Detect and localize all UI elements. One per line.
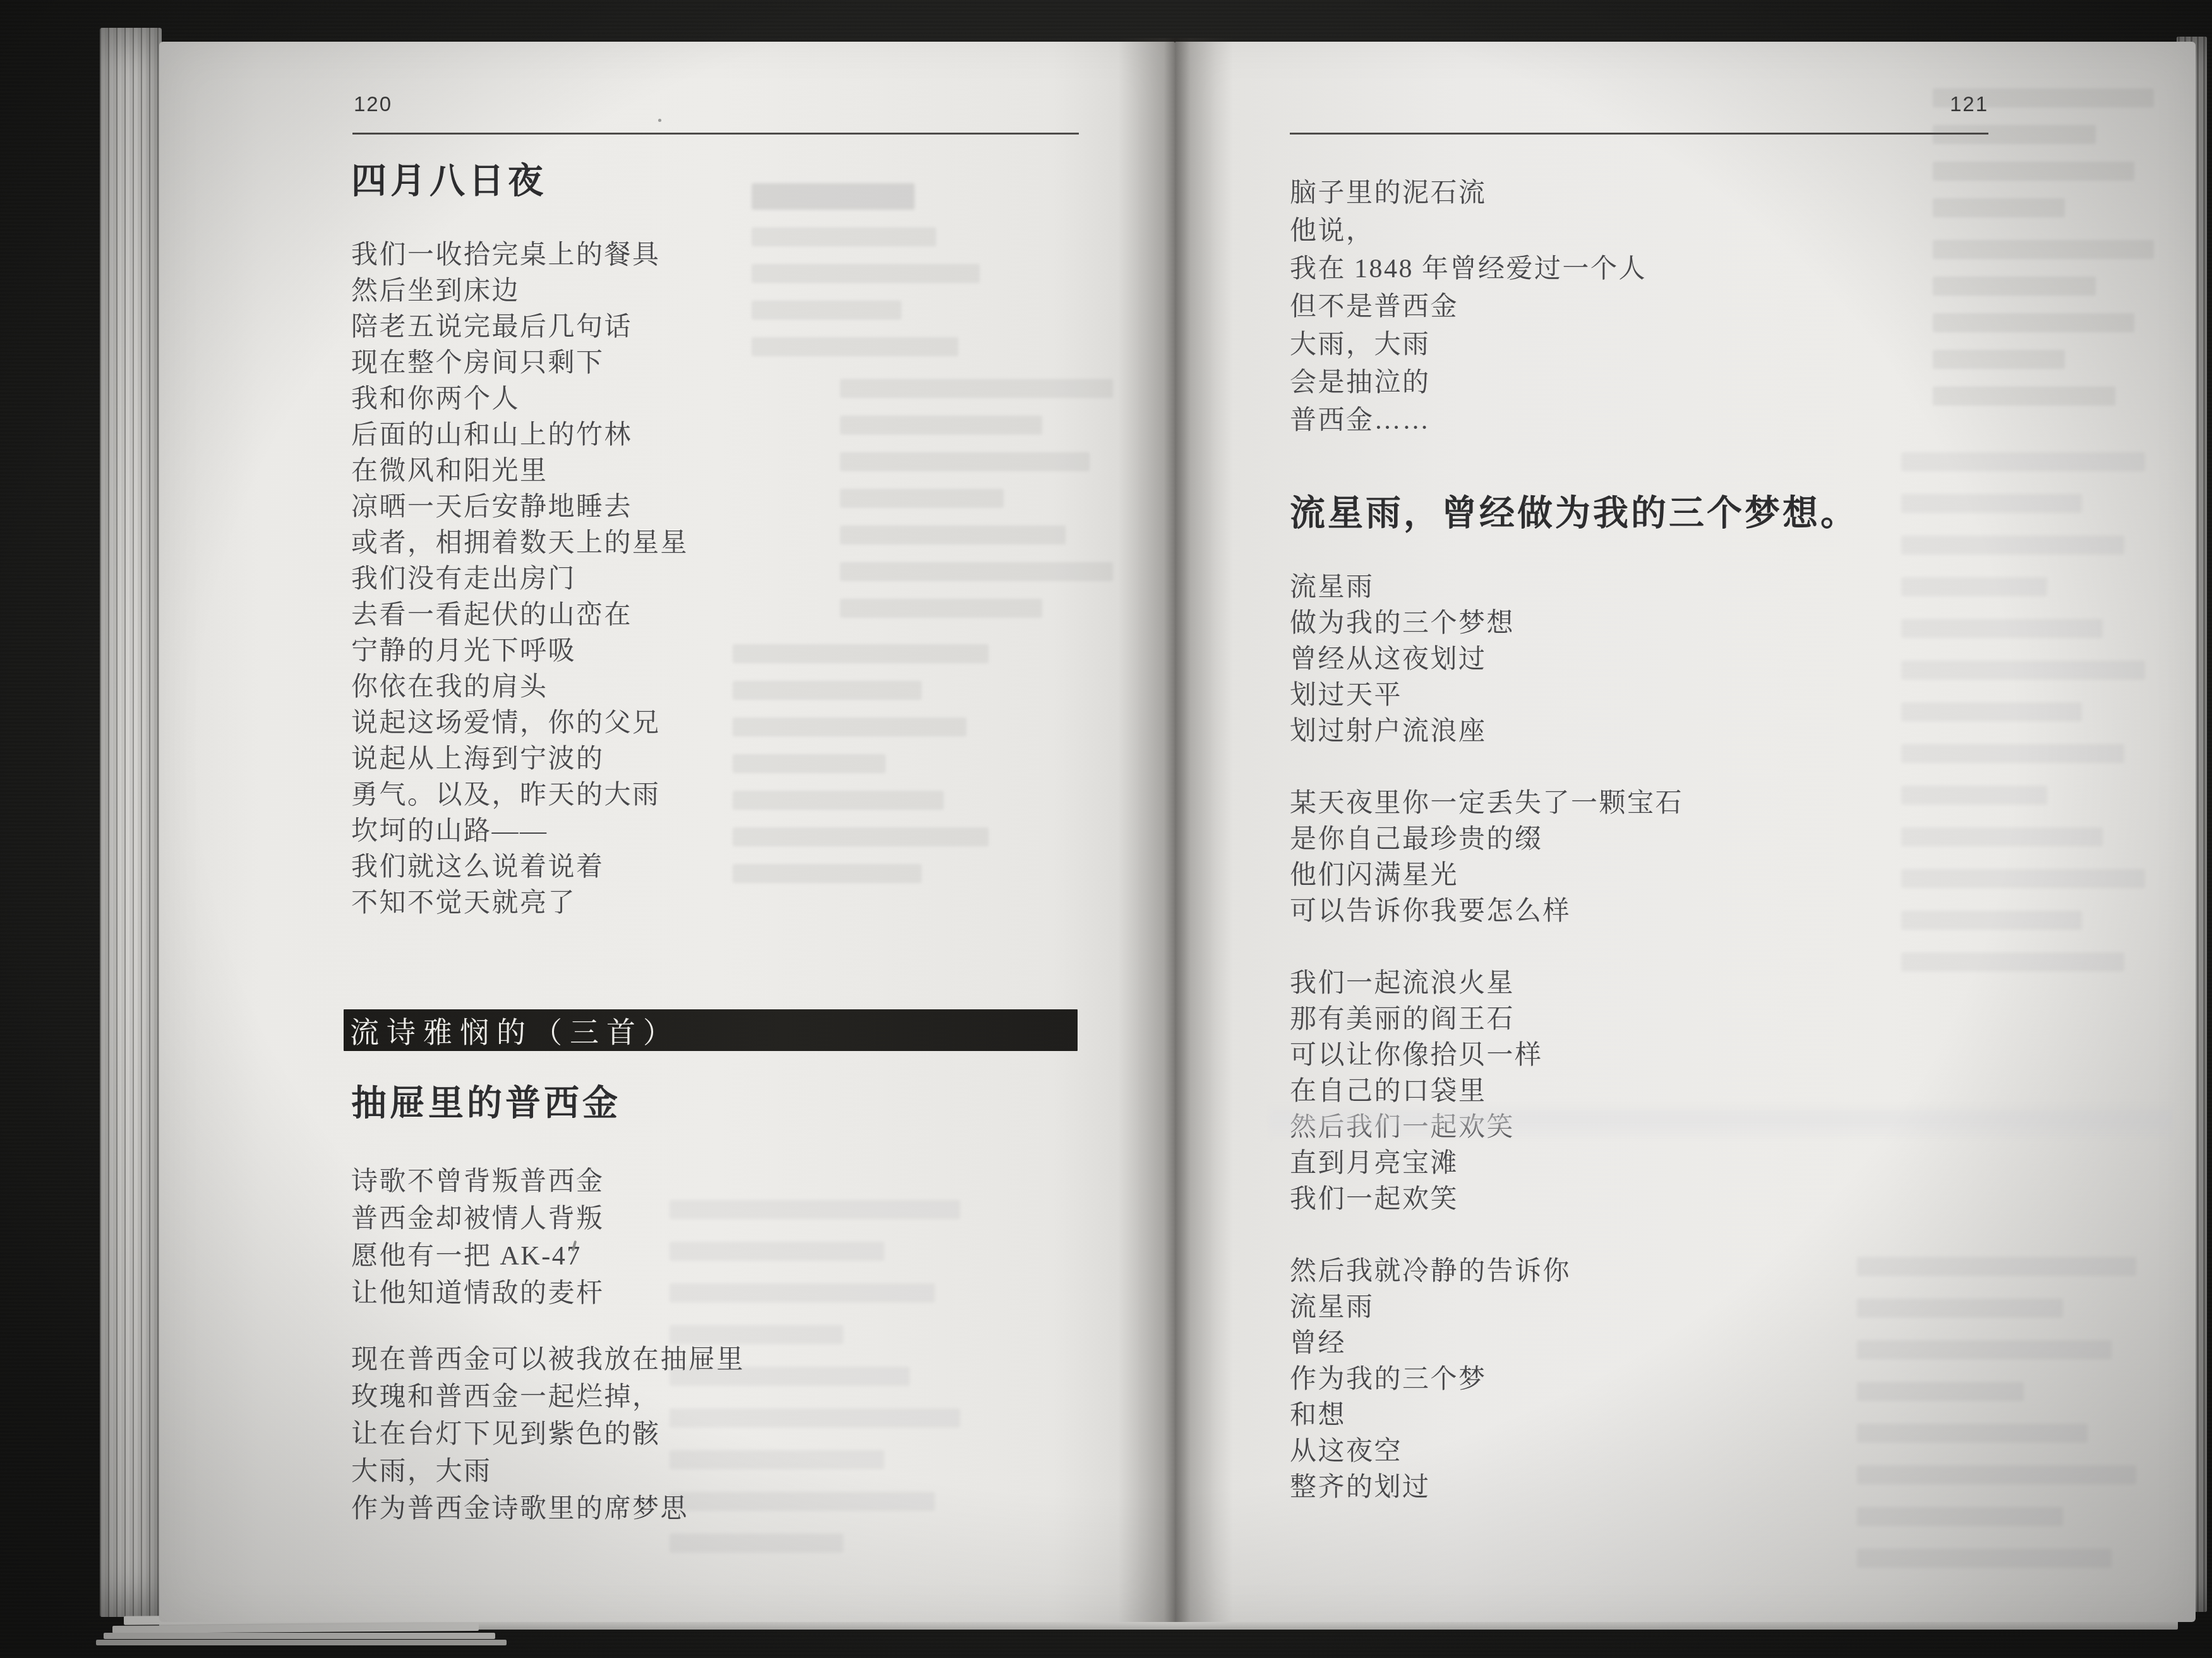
poem-line: 划过天平 [1290,678,1515,714]
poem-line: 是你自己最珍贵的缀 [1290,822,1683,858]
poem-title-pushkin-in-drawer: 抽屉里的普西金 [351,1075,621,1126]
section-bar-label: 流诗雅悯的（三首） [344,1009,680,1051]
poem-2-stanza-1: 诗歌不曾背叛普西金普西金却被情人背叛愿他有一把 AK-47让他知道情敌的麦杆 [351,1163,604,1313]
poem-line: 然后坐到床边 [351,273,688,309]
poem-line: 曾经 [1290,1326,1571,1362]
section-bar: 流诗雅悯的（三首） [344,1009,1078,1051]
poem-line: 勇气。以及，昨天的大雨 [351,778,688,814]
poem-line: 在自己的口袋里 [1290,1074,1543,1110]
poem-line: 我们没有走出房门 [351,562,688,598]
poem-line: 某天夜里你一定丢失了一颗宝石 [1290,786,1683,822]
poem-3-stanza-1: 流星雨做为我的三个梦想曾经从这夜划过划过天平划过射户流浪座 [1290,570,1515,750]
poem-line: 说起从上海到宁波的 [351,742,688,778]
header-rule-left [352,133,1079,135]
poem-line: 他说， [1290,212,1647,250]
poem-line: 整齐的划过 [1290,1470,1571,1506]
poem-line: 愿他有一把 AK-47 [351,1238,604,1275]
poem-line: 我们一起欢笑 [1290,1182,1543,1218]
poem-line: 可以让你像拾贝一样 [1290,1038,1543,1074]
poem-line: 划过射户流浪座 [1290,714,1515,750]
poem-line: 但不是普西金 [1290,288,1647,326]
poem-3-stanza-3: 我们一起流浪火星那有美丽的阎王石可以让你像拾贝一样在自己的口袋里然后我们一起欢笑… [1290,966,1543,1218]
poem-line: 流星雨 [1290,1290,1571,1326]
poem-line: 从这夜空 [1290,1434,1571,1470]
poem-line: 陪老五说完最后几句话 [351,309,688,345]
poem-line: 脑子里的泥石流 [1290,174,1647,212]
poem-line: 我在 1848 年曾经爱过一个人 [1290,250,1647,288]
page-corner-fan [96,1640,507,1645]
left-page: 120 四月八日夜 我们一收拾完桌上的餐具然后坐到床边陪老五说完最后几句话现在整… [159,42,1175,1622]
book-spread-photo: 120 四月八日夜 我们一收拾完桌上的餐具然后坐到床边陪老五说完最后几句话现在整… [0,0,2212,1658]
poem-line: 后面的山和山上的竹林 [351,418,688,454]
poem-line: 宁静的月光下呼吸 [351,634,688,670]
poem-line: 我们就这么说着说着 [351,850,688,886]
poem-title-april-eighth-night: 四月八日夜 [351,153,547,203]
poem-line: 曾经从这夜划过 [1290,642,1515,678]
poem-line: 然后我就冷静的告诉你 [1290,1254,1571,1290]
poem-line: 说起这场爱情，你的父兄 [351,706,688,742]
poem-line: 我们一起流浪火星 [1290,966,1543,1002]
header-rule-right [1290,133,1988,135]
page-corner-fan [104,1633,495,1639]
poem-line: 普西金…… [1290,402,1647,440]
poem-line: 凉晒一天后安静地睡去 [351,490,688,526]
poem-line: 那有美丽的阎王石 [1290,1002,1543,1038]
bleed-through-text [1933,88,2173,235]
poem-line: 我和你两个人 [351,381,688,418]
poem-1-body: 我们一收拾完桌上的餐具然后坐到床边陪老五说完最后几句话现在整个房间只剩下我和你两… [351,237,688,922]
bleed-through-text [1857,1257,2160,1590]
poem-line: 或者，相拥着数天上的星星 [351,526,688,562]
page-number-left: 120 [354,92,392,116]
bleed-through-text [1901,452,2167,994]
poem-line: 可以告诉你我要怎么样 [1290,894,1683,930]
poem-line: 坎坷的山路—— [351,814,688,850]
poem-line: 和想 [1290,1398,1571,1434]
bleed-through-text [733,644,1011,901]
poem-line: 在微风和阳光里 [351,454,688,490]
poem-line: 你依在我的肩头 [351,670,688,706]
poem-line: 普西金却被情人背叛 [351,1201,604,1238]
poem-line: 做为我的三个梦想 [1290,606,1515,642]
right-page: 121 脑子里的泥石流他说，我在 1848 年曾经爱过一个人但不是普西金大雨，大… [1175,42,2196,1622]
poem-line: 直到月亮宝滩 [1290,1146,1543,1182]
poem-line: 他们闪满星光 [1290,858,1683,894]
poem-line: 让他知道情敌的麦杆 [351,1275,604,1313]
poem-3-stanza-4: 然后我就冷静的告诉你流星雨曾经作为我的三个梦和想从这夜空整齐的划过 [1290,1254,1571,1506]
poem-line: 流星雨 [1290,570,1515,606]
poem-title-meteor-shower: 流星雨，曾经做为我的三个梦想。 [1290,485,1858,536]
bleed-through-text [840,379,1137,635]
poem-3-stanza-2: 某天夜里你一定丢失了一颗宝石是你自己最珍贵的缀他们闪满星光可以告诉你我要怎么样 [1290,786,1683,930]
poem-line: 现在整个房间只剩下 [351,345,688,381]
poem-line: 然后我们一起欢笑 [1290,1110,1543,1146]
poem-line: 诗歌不曾背叛普西金 [351,1163,604,1201]
poem-line: 我们一收拾完桌上的餐具 [351,237,688,273]
poem-line: 不知不觉天就亮了 [351,886,688,922]
poem-line: 作为我的三个梦 [1290,1362,1571,1398]
poem-line: 去看一看起伏的山峦在 [351,598,688,634]
bleed-through-text [752,183,1023,374]
bleed-through-text [670,1200,985,1575]
bleed-through-text [1933,240,2173,423]
paper-speck [658,119,661,122]
poem-line: 会是抽泣的 [1290,364,1647,402]
page-stack-edge-left [100,28,162,1617]
poem-line: 大雨，大雨 [1290,326,1647,364]
poem-continuation-body: 脑子里的泥石流他说，我在 1848 年曾经爱过一个人但不是普西金大雨，大雨会是抽… [1290,174,1647,440]
